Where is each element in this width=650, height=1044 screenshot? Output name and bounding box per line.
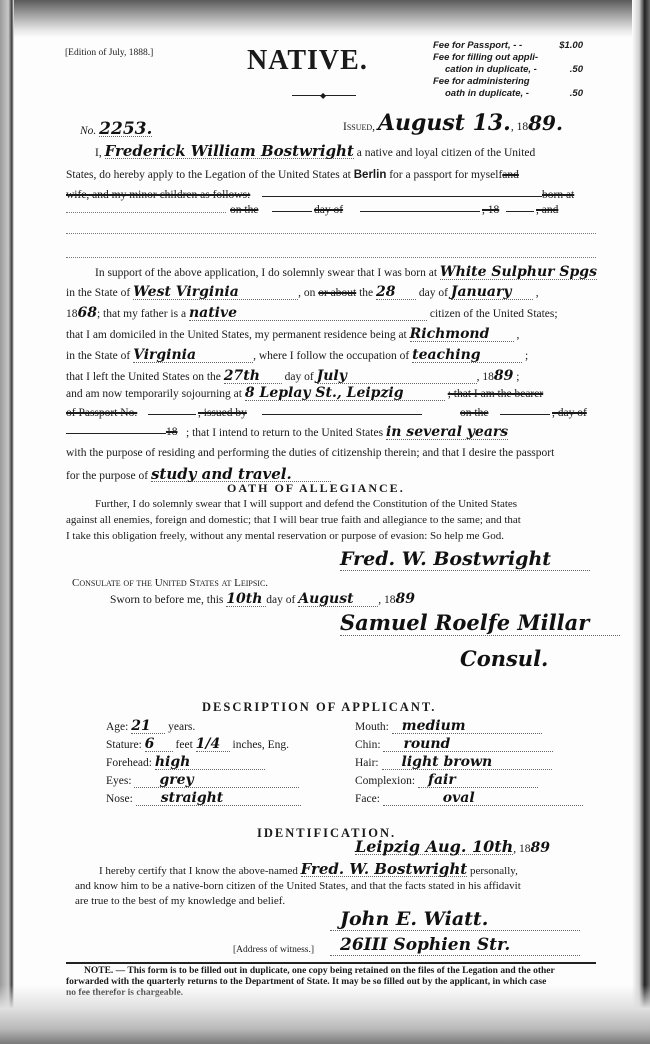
fee-amount: .50 bbox=[570, 88, 583, 100]
forehead-value: high bbox=[155, 755, 265, 770]
support-text: day of bbox=[419, 287, 448, 299]
identification-place-date: Leipzig Aug. 10th bbox=[355, 840, 513, 855]
struck-text: ; that I am the bearer bbox=[448, 388, 543, 400]
strike-rule bbox=[500, 414, 550, 415]
dotted-rule bbox=[66, 257, 596, 258]
nose-value: straight bbox=[136, 791, 301, 806]
left-day-value: 27th bbox=[224, 369, 282, 384]
sworn-text: , 18 bbox=[378, 594, 395, 606]
support-text: citizen of the United States; bbox=[430, 308, 558, 320]
sworn-text: Sworn to before me, this bbox=[110, 594, 223, 606]
support-text: for the purpose of bbox=[66, 470, 148, 482]
return-line: ; that I intend to return to the United … bbox=[186, 425, 508, 440]
support-text: in the State of bbox=[66, 287, 130, 299]
birth-state-value: West Virginia bbox=[133, 285, 298, 300]
birthplace-line: In support of the above application, I d… bbox=[95, 265, 597, 280]
occupation-value: teaching bbox=[412, 348, 522, 363]
mouth-value: medium bbox=[392, 719, 542, 734]
struck-text: or about bbox=[318, 287, 356, 299]
struck-text: born at bbox=[542, 188, 574, 202]
sworn-month-value: August bbox=[298, 592, 378, 607]
i-label: I, bbox=[95, 147, 102, 159]
oath-text: I take this obligation freely, without a… bbox=[66, 529, 504, 543]
issued-label: Issued, bbox=[343, 121, 375, 133]
note-text: NOTE. — This form is to be filled out in… bbox=[66, 966, 606, 977]
identified-name: Fred. W. Bostwright bbox=[301, 862, 468, 877]
note-divider bbox=[66, 962, 596, 964]
children-line: wife, and my minor children as follows: bbox=[66, 188, 250, 202]
field-label: Complexion: bbox=[355, 775, 415, 787]
complexion-value: fair bbox=[418, 773, 538, 788]
witness-address: 26III Sophien Str. bbox=[330, 935, 580, 956]
field-label: Hair: bbox=[355, 757, 379, 769]
chin-value: round bbox=[383, 737, 553, 752]
birth-year-value: 68 bbox=[78, 305, 97, 321]
sojourn-value: 8 Leplay St., Leipzig bbox=[245, 386, 445, 401]
field-label: Forehead: bbox=[106, 757, 152, 769]
fee-row: Fee for administering bbox=[433, 76, 583, 88]
residence-value: Richmond bbox=[410, 327, 514, 342]
struck-text: day of bbox=[314, 203, 343, 217]
support-text: , 18 bbox=[477, 371, 494, 383]
struck-text: of Passport No. bbox=[66, 406, 137, 420]
struck-text: , and bbox=[536, 203, 558, 217]
issued-year-prefix: , 18 bbox=[511, 121, 528, 133]
sworn-text: day of bbox=[266, 594, 295, 606]
consul-title: Consul. bbox=[460, 646, 548, 671]
fee-row: Fee for filling out appli- bbox=[433, 52, 583, 64]
consulate-label: Consulate of the United States at Leipsi… bbox=[72, 576, 268, 590]
page-title: NATIVE. bbox=[247, 45, 368, 77]
oath-text: against all enemies, foreign and domesti… bbox=[66, 513, 521, 527]
father-line: 1868; that my father is a native citizen… bbox=[66, 306, 558, 321]
support-text: and am now temporarily sojourning at bbox=[66, 388, 242, 400]
description-row-age: Age: 21 years. bbox=[106, 719, 301, 737]
field-label: Stature: bbox=[106, 739, 142, 751]
support-text: 18 bbox=[66, 308, 78, 320]
field-suffix: years. bbox=[168, 721, 195, 733]
struck-text: wife, and my minor children as follows: bbox=[66, 189, 250, 201]
strike-rule bbox=[262, 414, 422, 415]
fee-row: oath in duplicate, -.50 bbox=[433, 88, 583, 100]
left-month-value: July bbox=[317, 369, 477, 384]
description-row-forehead: Forehead: high bbox=[106, 755, 301, 773]
description-right: Mouth: medium Chin: round Hair: light br… bbox=[355, 719, 583, 809]
support-text: ; that my father is a bbox=[97, 308, 186, 320]
description-row-eyes: Eyes: grey bbox=[106, 773, 301, 791]
field-label: Age: bbox=[106, 721, 128, 733]
fee-amount: .50 bbox=[570, 64, 583, 76]
residence-state-value: Virginia bbox=[133, 348, 253, 363]
strike-rule bbox=[148, 414, 196, 415]
strike-rule bbox=[272, 211, 312, 212]
sojourn-line: and am now temporarily sojourning at 8 L… bbox=[66, 386, 543, 401]
residence-line: that I am domiciled in the United States… bbox=[66, 327, 519, 342]
witness-address-label: [Address of witness.] bbox=[233, 943, 314, 957]
scan-edge-right bbox=[632, 0, 650, 1044]
field-suffix: inches, Eng. bbox=[233, 739, 290, 751]
strike-rule bbox=[506, 211, 534, 212]
struck-text: , day of bbox=[552, 406, 587, 420]
support-text: that I am domiciled in the United States… bbox=[66, 329, 407, 341]
number-row: No. 2253. bbox=[80, 122, 152, 138]
oath-text: Further, I do solemnly swear that I will… bbox=[95, 497, 517, 511]
sworn-line: Sworn to before me, this 10thday of Augu… bbox=[110, 592, 415, 607]
certify-line: I hereby certify that I know the above-n… bbox=[99, 862, 518, 878]
birthplace-value: White Sulphur Spgs bbox=[440, 265, 597, 280]
stature-feet-value: 6 bbox=[145, 737, 173, 752]
dotted-rule bbox=[66, 212, 226, 213]
description-row-complexion: Complexion: fair bbox=[355, 773, 583, 791]
strike-rule bbox=[262, 196, 542, 197]
departure-line: that I left the United States on the 27t… bbox=[66, 369, 519, 384]
eyes-value: grey bbox=[134, 773, 299, 788]
issued-row: Issued, August 13., 1889. bbox=[343, 116, 563, 134]
purpose-value: study and travel. bbox=[151, 467, 331, 482]
struck-text: , 18 bbox=[482, 203, 499, 217]
identification-year: 89 bbox=[531, 840, 550, 856]
sworn-day-value: 10th bbox=[226, 592, 266, 607]
legation-line: States, do hereby apply to the Legation … bbox=[66, 168, 519, 182]
scan-shadow-top bbox=[0, 0, 650, 38]
description-row-mouth: Mouth: medium bbox=[355, 719, 583, 737]
return-time-value: in several years bbox=[386, 425, 508, 440]
fee-amount: $1.00 bbox=[559, 40, 583, 52]
birth-day-value: 28 bbox=[376, 285, 416, 300]
field-suffix: feet bbox=[176, 739, 193, 751]
identification-date: Leipzig Aug. 10th, 1889 bbox=[355, 840, 550, 856]
identification-text: I hereby certify that I know the above-n… bbox=[99, 865, 298, 877]
support-text: , where I follow the occupation of bbox=[253, 350, 409, 362]
application-number: 2253. bbox=[99, 122, 152, 137]
fee-schedule: Fee for Passport, - -$1.00 Fee for filli… bbox=[433, 40, 583, 100]
oath-heading: OATH OF ALLEGIANCE. bbox=[227, 481, 405, 496]
struck-text: on the bbox=[230, 203, 258, 217]
description-row-stature: Stature: 6 feet 1/4 inches, Eng. bbox=[106, 737, 301, 755]
fee-row: cation in duplicate, -.50 bbox=[433, 64, 583, 76]
birth-state-line: in the State of West Virginia, on or abo… bbox=[66, 285, 539, 300]
support-text: , on bbox=[298, 287, 315, 299]
support-text: in the State of bbox=[66, 350, 130, 362]
identification-text: personally, bbox=[470, 865, 518, 877]
sworn-year-value: 89 bbox=[395, 591, 414, 607]
fee-label: oath in duplicate, - bbox=[445, 88, 529, 100]
face-value: oval bbox=[383, 791, 583, 806]
field-label: Chin: bbox=[355, 739, 381, 751]
witness-signature: John E. Wiatt. bbox=[330, 908, 580, 931]
dotted-rule bbox=[66, 233, 596, 234]
support-text: the bbox=[359, 287, 373, 299]
legation-text: States, do hereby apply to the Legation … bbox=[66, 169, 351, 181]
scan-edge-left bbox=[0, 0, 14, 1044]
edition-label: [Edition of July, 1888.] bbox=[65, 46, 153, 60]
father-status-value: native bbox=[189, 306, 427, 321]
applicant-line-text: a native and loyal citizen of the United bbox=[357, 147, 536, 159]
age-value: 21 bbox=[131, 719, 165, 734]
description-heading: DESCRIPTION OF APPLICANT. bbox=[202, 700, 436, 715]
applicant-line: I, Frederick William Bostwright a native… bbox=[95, 144, 535, 160]
description-row-hair: Hair: light brown bbox=[355, 755, 583, 773]
stature-inches-value: 1/4 bbox=[196, 737, 230, 752]
support-text: day of bbox=[285, 371, 314, 383]
fee-label: Fee for filling out appli- bbox=[433, 52, 538, 64]
fee-label: cation in duplicate, - bbox=[445, 64, 537, 76]
support-text: ; that I intend to return to the United … bbox=[186, 427, 383, 439]
applicant-name: Frederick William Bostwright bbox=[105, 144, 354, 159]
hair-value: light brown bbox=[382, 755, 552, 770]
field-label: Face: bbox=[355, 793, 380, 805]
applicant-signature: Fred. W. Bostwright bbox=[340, 548, 590, 571]
strike-rule bbox=[360, 211, 480, 212]
year-prefix: , 18 bbox=[513, 843, 530, 855]
fee-label: Fee for administering bbox=[433, 76, 530, 88]
support-text: In support of the above application, I d… bbox=[95, 267, 437, 279]
support-text: that I left the United States on the bbox=[66, 371, 221, 383]
fee-label: Fee for Passport, - - bbox=[433, 40, 522, 52]
support-text: with the purpose of residing and perform… bbox=[66, 446, 554, 460]
ornament-dot: ◆ bbox=[320, 91, 326, 100]
description-row-face: Face: oval bbox=[355, 791, 583, 809]
birth-month-value: January bbox=[451, 285, 533, 300]
fee-row: Fee for Passport, - -$1.00 bbox=[433, 40, 583, 52]
consul-signature: Samuel Roelfe Millar bbox=[340, 610, 620, 636]
description-row-nose: Nose: straight bbox=[106, 791, 301, 809]
field-label: Eyes: bbox=[106, 775, 132, 787]
identification-text: are true to the best of my knowledge and… bbox=[75, 894, 285, 908]
identification-text: and know him to be a native-born citizen… bbox=[75, 879, 521, 893]
field-label: Nose: bbox=[106, 793, 133, 805]
field-label: Mouth: bbox=[355, 721, 389, 733]
left-year-value: 89 bbox=[494, 368, 513, 384]
strike-rule bbox=[66, 433, 166, 434]
issued-year: 89. bbox=[528, 111, 563, 135]
occupation-line: in the State of Virginia, where I follow… bbox=[66, 348, 528, 363]
legation-city: Berlin bbox=[354, 169, 387, 181]
description-left: Age: 21 years. Stature: 6 feet 1/4 inche… bbox=[106, 719, 301, 809]
legation-tail: for a passport for myself bbox=[389, 169, 502, 181]
scan-shadow-bottom bbox=[0, 985, 650, 1044]
issued-date: August 13. bbox=[378, 110, 511, 136]
number-label: No. bbox=[80, 125, 96, 137]
description-row-chin: Chin: round bbox=[355, 737, 583, 755]
struck-text: and bbox=[502, 169, 519, 181]
struck-text: 18 bbox=[166, 425, 178, 439]
struck-text: , issued by bbox=[198, 406, 247, 420]
struck-text: on the bbox=[460, 406, 488, 420]
